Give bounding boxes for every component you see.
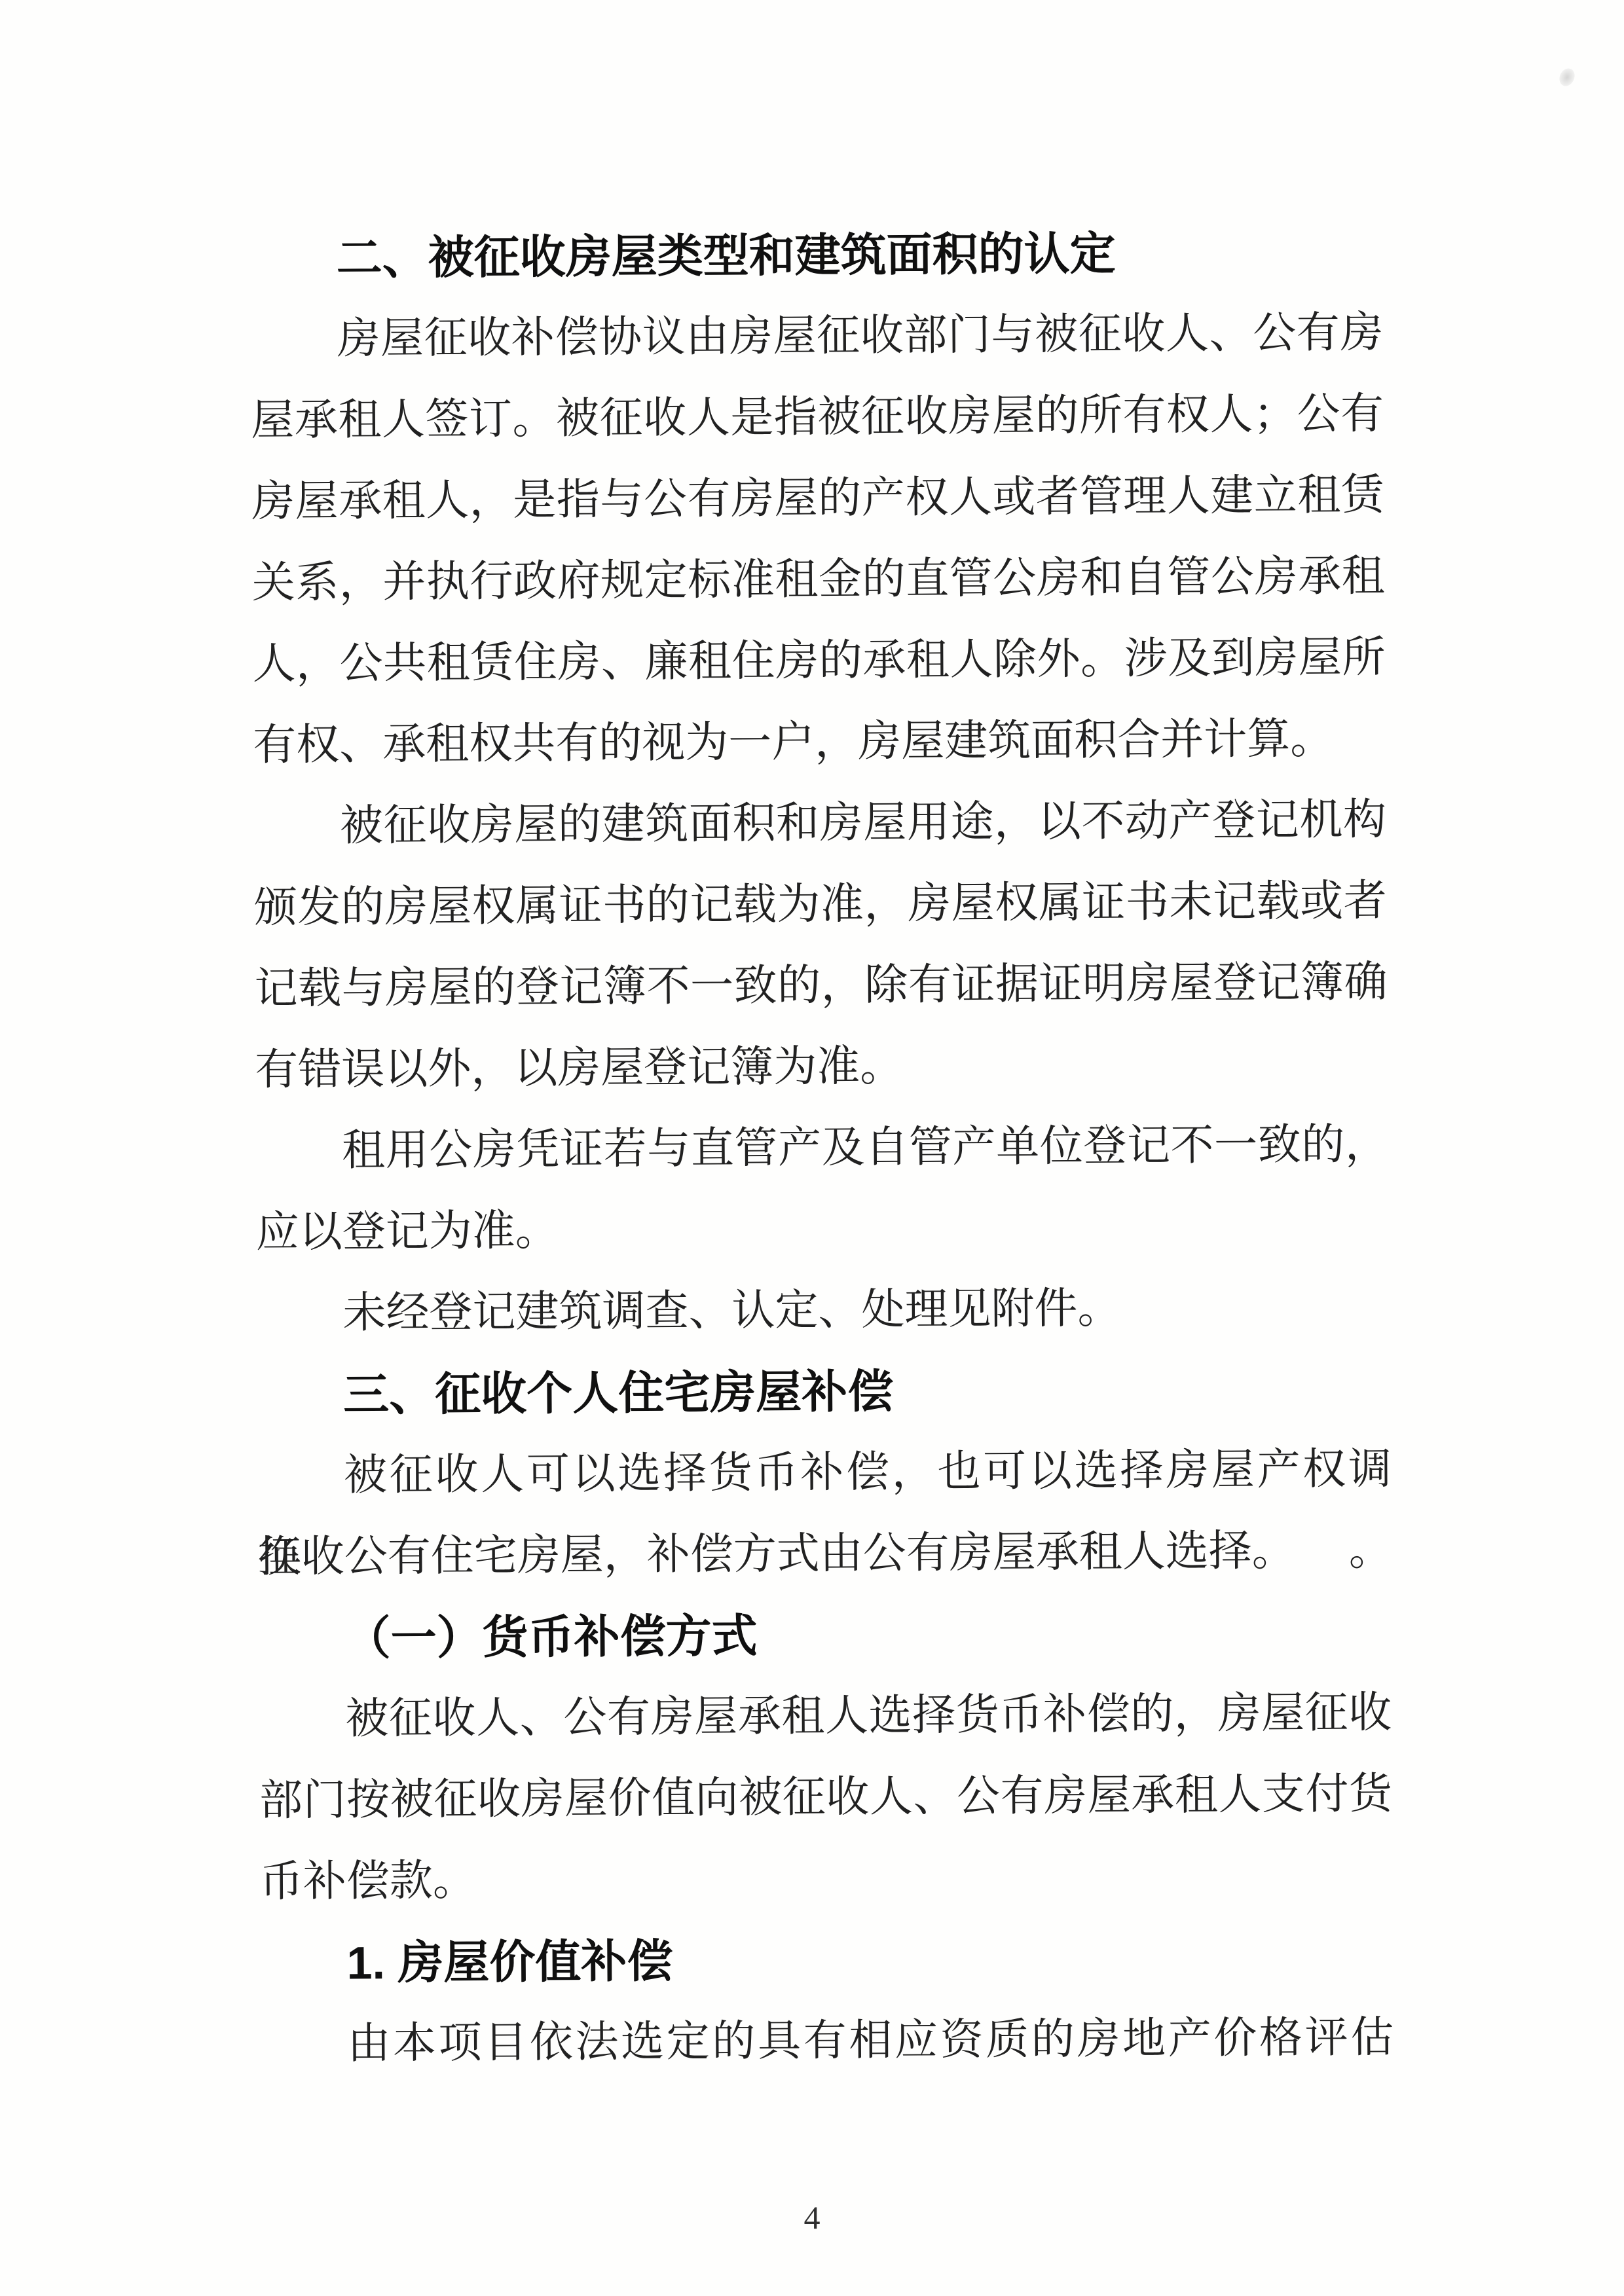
subsection-heading: 1. 房屋价值补偿 [260,1916,1393,2005]
document-page: 二、被征收房屋类型和建筑面积的认定 房屋征收补偿协议由房屋征收部门与被征收人、公… [0,0,1624,2296]
text-line: 租用公房凭证若与直管产及自管产单位登记不一致的， [255,1104,1389,1193]
text-line: 未经登记建筑调查、认定、处理见附件。 [256,1267,1390,1355]
text-line: 部门按被征收房屋价值向被征收人、公有房屋承租人支付货 [259,1754,1393,1842]
text-line: 房屋征收补偿协议由房屋征收部门与被征收人、公有房 [250,293,1384,381]
text-line: 币补偿款。 [259,1835,1393,1923]
page-number: 4 [0,2198,1624,2236]
text-line: 有错误以外，以房屋登记簿为准。 [255,1023,1388,1112]
text-line: 记载与房屋的登记簿不一致的，除有证据证明房屋登记簿确 [254,942,1388,1030]
text-line: 人，公共租赁住房、廉租住房的承租人除外。涉及到房屋所 [252,617,1386,706]
text-line: 应以登记为准。 [255,1186,1389,1274]
text-line: 被征收人可以选择货币补偿，也可以选择房屋产权调换。 [257,1429,1391,1518]
text-line: 由本项目依法选定的具有相应资质的房地产价格评估 [261,1997,1394,2086]
scan-smudge-mark [1557,66,1578,89]
text-line: 有权、承租权共有的视为一户，房屋建筑面积合并计算。 [253,699,1386,787]
subsection-heading: （一）货币补偿方式 [258,1592,1392,1680]
text-line: 屋承租人签订。被征收人是指被征收房屋的所有权人；公有 [251,374,1384,462]
text-line: 被征收房屋的建筑面积和房屋用途，以不动产登记机构 [253,780,1387,868]
text-line: 被征收人、公有房屋承租人选择货币补偿的，房屋征收 [259,1673,1392,1761]
text-line: 颁发的房屋权属证书的记载为准，房屋权属证书未记载或者 [253,861,1387,949]
section-heading: 二、被征收房屋类型和建筑面积的认定 [249,211,1383,300]
document-body: 二、被征收房屋类型和建筑面积的认定 房屋征收补偿协议由房屋征收部门与被征收人、公… [249,211,1393,2086]
text-line: 关系，并执行政府规定标准租金的直管公房和自管公房承租 [251,536,1385,625]
text-line: 房屋承租人，是指与公有房屋的产权人或者管理人建立租赁 [251,455,1385,543]
text-line: 征收公有住宅房屋，补偿方式由公有房屋承租人选择。 [257,1510,1391,1599]
section-heading: 三、征收个人住宅房屋补偿 [257,1348,1390,1436]
